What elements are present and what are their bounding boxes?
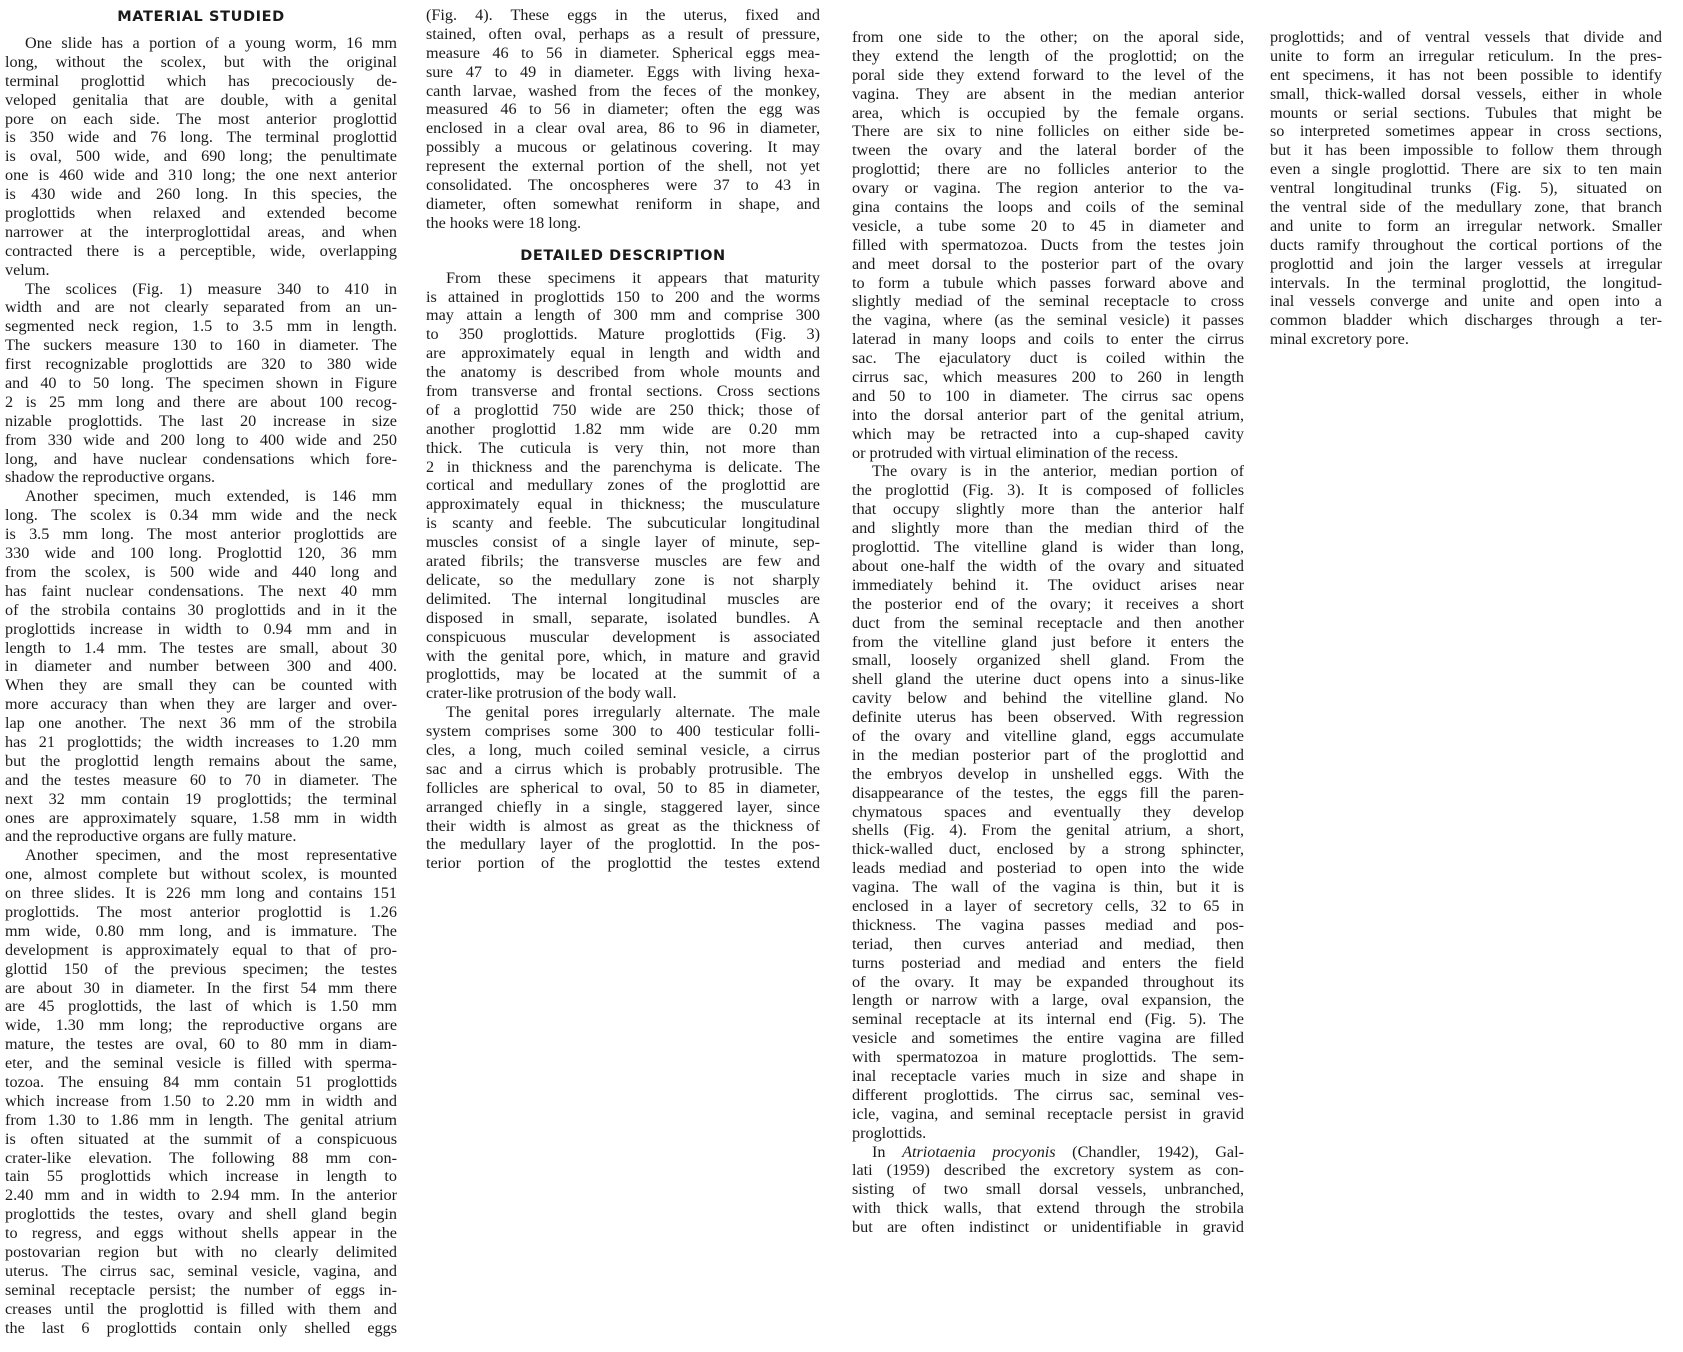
text-line: vesicle and sometimes the entire vagina … — [852, 1029, 1244, 1048]
text-line: width and are not clearly separated from… — [5, 298, 397, 317]
text-line: vagina. The wall of the vagina is thin, … — [852, 878, 1244, 897]
text-line: and the testes measure 60 to 70 in diame… — [5, 771, 397, 790]
text-line: and the reproductive organs are fully ma… — [5, 827, 397, 846]
text-line: segmented neck region, 1.5 to 3.5 mm in … — [5, 317, 397, 336]
text-line: ones are approximately square, 1.58 mm i… — [5, 809, 397, 828]
text-line: lati (1959) described the excretory syst… — [852, 1161, 1244, 1180]
text-line: small, thick-walled dorsal vessels, eith… — [1270, 85, 1662, 104]
text-line: The genital pores irregularly alternate.… — [426, 703, 820, 722]
text-span: (Chandler, 1942), Gal- — [1056, 1143, 1244, 1161]
text-line: area, which is occupied by the female or… — [852, 104, 1244, 123]
text-line: is 430 wide and 260 long. In this specie… — [5, 185, 397, 204]
text-line: with spermatozoa in mature proglottids. … — [852, 1048, 1244, 1067]
text-line: more accuracy than when they are larger … — [5, 695, 397, 714]
text-line: is 3.5 mm long. The most anterior proglo… — [5, 525, 397, 544]
text-line: shell gland the uterine duct opens into … — [852, 670, 1244, 689]
text-line: disappearance of the testes, the eggs fi… — [852, 784, 1244, 803]
text-line: leads mediad and posteriad to open into … — [852, 859, 1244, 878]
text-line: is often situated at the summit of a con… — [5, 1130, 397, 1149]
text-line: (Fig. 4). These eggs in the uterus, fixe… — [426, 6, 820, 25]
column-2: (Fig. 4). These eggs in the uterus, fixe… — [426, 6, 820, 873]
text-line: stained, often oval, perhaps as a result… — [426, 25, 820, 44]
text-line: next 32 mm contain 19 proglottids; the t… — [5, 790, 397, 809]
text-line: are approximately equal in length and wi… — [426, 344, 820, 363]
text-line: approximately equal in thickness; the mu… — [426, 495, 820, 514]
text-line: vagina. They are absent in the median an… — [852, 85, 1244, 104]
text-line: with the genital pore, which, in mature … — [426, 647, 820, 666]
text-line: and 50 to 100 in diameter. The cirrus sa… — [852, 387, 1244, 406]
text-line: from 330 wide and 200 long to 400 wide a… — [5, 431, 397, 450]
text-line: filled with spermatozoa. Ducts from the … — [852, 236, 1244, 255]
text-line: conspicuous muscular development is asso… — [426, 628, 820, 647]
text-line: turns posteriad and mediad and enters th… — [852, 954, 1244, 973]
text-line: the vagina, where (as the seminal vesicl… — [852, 311, 1244, 330]
text-line: uterus. The cirrus sac, seminal vesicle,… — [5, 1262, 397, 1281]
text-line: ovary or vagina. The region anterior to … — [852, 179, 1244, 198]
text-line: crater-like protrusion of the body wall. — [426, 684, 820, 703]
text-line: lap one another. The next 36 mm of the s… — [5, 714, 397, 733]
text-line: cirrus sac, which measures 200 to 260 in… — [852, 368, 1244, 387]
text-line: The scolices (Fig. 1) measure 340 to 410… — [5, 280, 397, 299]
text-line: One slide has a portion of a young worm,… — [5, 34, 397, 53]
paragraph: Another specimen, and the most represent… — [5, 846, 397, 1337]
paragraph: Another specimen, much extended, is 146 … — [5, 487, 397, 846]
text-line: mm wide, 0.80 mm long, and is immature. … — [5, 922, 397, 941]
text-line: one is 460 wide and 310 long; the one ne… — [5, 166, 397, 185]
text-line: 2 in thickness and the parenchyma is del… — [426, 458, 820, 477]
text-line: sisting of two small dorsal vessels, unb… — [852, 1180, 1244, 1199]
text-line: from transverse and frontal sections. Cr… — [426, 382, 820, 401]
text-line: measured 46 to 56 in diameter; often the… — [426, 100, 820, 119]
text-line: ent specimens, it has not been possible … — [1270, 66, 1662, 85]
text-line: duct from the seminal receptacle and the… — [852, 614, 1244, 633]
text-line: 2.40 mm and in width to 2.94 mm. In the … — [5, 1186, 397, 1205]
text-line: inal receptacle varies much in size and … — [852, 1067, 1244, 1086]
text-line: The suckers measure 130 to 160 in diamet… — [5, 336, 397, 355]
text-line: thick-walled duct, enclosed by a strong … — [852, 840, 1244, 859]
text-line: the ventral side of the medullary zone, … — [1270, 198, 1662, 217]
text-line: and unite to form an irregular network. … — [1270, 217, 1662, 236]
text-line: and slightly more than the median third … — [852, 519, 1244, 538]
text-line: is attained in proglottids 150 to 200 an… — [426, 288, 820, 307]
text-line: In Atriotaenia procyonis (Chandler, 1942… — [852, 1143, 1244, 1162]
text-line: long, without the scolex, but with the o… — [5, 53, 397, 72]
text-line: from 1.30 to 1.86 mm in length. The geni… — [5, 1111, 397, 1130]
paragraph: proglottids; and of ventral vessels that… — [1270, 28, 1662, 349]
text-line: with thick walls, that extend through th… — [852, 1199, 1244, 1218]
text-line: the embryos develop in unshelled eggs. W… — [852, 765, 1244, 784]
text-line: seminal receptacle persist; the number o… — [5, 1281, 397, 1300]
text-line: one, almost complete but without scolex,… — [5, 865, 397, 884]
text-line: length to 1.4 mm. The testes are small, … — [5, 639, 397, 658]
text-span: In — [872, 1143, 902, 1161]
text-line: from the vitelline gland just before it … — [852, 633, 1244, 652]
text-line: in diameter and number between 300 and 4… — [5, 657, 397, 676]
text-line: proglottid. The vitelline gland is wider… — [852, 538, 1244, 557]
text-line: to 350 proglottids. Mature proglottids (… — [426, 325, 820, 344]
text-line: When they are small they can be counted … — [5, 676, 397, 695]
text-line: small, loosely organized shell gland. Fr… — [852, 651, 1244, 670]
text-line: from the scolex, is 500 wide and 440 lon… — [5, 563, 397, 582]
text-line: has 21 proglottids; the width increases … — [5, 733, 397, 752]
text-line: inal vessels converge and unite and open… — [1270, 292, 1662, 311]
text-line: and 40 to 50 long. The specimen shown in… — [5, 374, 397, 393]
paragraph: From these specimens it appears that mat… — [426, 269, 820, 703]
text-line: minal excretory pore. — [1270, 330, 1662, 349]
text-line: creases until the proglottid is filled w… — [5, 1300, 397, 1319]
text-line: the posterior end of the ovary; it recei… — [852, 595, 1244, 614]
text-line: proglottids. The most anterior proglotti… — [5, 903, 397, 922]
paragraph: from one side to the other; on the apora… — [852, 28, 1244, 462]
text-line: another proglottid 1.82 mm wide are 0.20… — [426, 420, 820, 439]
text-line: from one side to the other; on the apora… — [852, 28, 1244, 47]
text-line: contracted there is a perceptible, wide,… — [5, 242, 397, 261]
text-line: mounts or serial sections. Tubules that … — [1270, 104, 1662, 123]
species-name: Atriotaenia procyonis — [902, 1143, 1056, 1161]
text-line: are 45 proglottids, the last of which is… — [5, 997, 397, 1016]
text-line: to regress, and eggs without shells appe… — [5, 1224, 397, 1243]
text-line: muscles consist of a single layer of min… — [426, 533, 820, 552]
text-line: shadow the reproductive organs. — [5, 468, 397, 487]
text-line: velum. — [5, 261, 397, 280]
text-line: disposed in small, separate, isolated bu… — [426, 609, 820, 628]
text-line: the last 6 proglottids contain only shel… — [5, 1319, 397, 1338]
text-line: terior portion of the proglottid the tes… — [426, 854, 820, 873]
text-line: proglottids. — [852, 1124, 1244, 1143]
text-line: pore on each side. The most anterior pro… — [5, 110, 397, 129]
text-line: thickness. The vagina passes mediad and … — [852, 916, 1244, 935]
text-line: delicate, so the medullary zone is not s… — [426, 571, 820, 590]
text-line: immediately behind it. The oviduct arise… — [852, 576, 1244, 595]
text-line: 330 wide and 100 long. Proglottid 120, 3… — [5, 544, 397, 563]
text-line: of a proglottid 750 wide are 250 thick; … — [426, 401, 820, 420]
text-line: to form a tubule which passes forward ab… — [852, 274, 1244, 293]
text-line: laterad in many loops and coils to enter… — [852, 330, 1244, 349]
text-line: veloped genitalia that are double, with … — [5, 91, 397, 110]
text-line: development is approximately equal to th… — [5, 941, 397, 960]
text-line: the proglottid (Fig. 3). It is composed … — [852, 481, 1244, 500]
paragraph-atriotaenia: In Atriotaenia procyonis (Chandler, 1942… — [852, 1143, 1244, 1237]
text-line: teriad, then curves anteriad and mediad,… — [852, 935, 1244, 954]
text-line: postovarian region but with no clearly d… — [5, 1243, 397, 1262]
text-line: tozoa. The ensuing 84 mm contain 51 prog… — [5, 1073, 397, 1092]
text-line: is scanty and feeble. The subcuticular l… — [426, 514, 820, 533]
text-line: different proglottids. The cirrus sac, s… — [852, 1086, 1244, 1105]
text-line: intervals. In the terminal proglottid, t… — [1270, 274, 1662, 293]
text-line: proglottid; there are no follicles anter… — [852, 160, 1244, 179]
text-line: into the dorsal anterior part of the gen… — [852, 406, 1244, 425]
text-line: crater-like elevation. The following 88 … — [5, 1149, 397, 1168]
text-line: represent the external portion of the sh… — [426, 157, 820, 176]
text-line: the hooks were 18 long. — [426, 214, 820, 233]
text-line: tween the ovary and the lateral border o… — [852, 141, 1244, 160]
text-line: so interpreted sometimes appear in cross… — [1270, 122, 1662, 141]
text-line: chymatous spaces and eventually they dev… — [852, 803, 1244, 822]
text-line: consolidated. The oncospheres were 37 to… — [426, 176, 820, 195]
text-line: long. The scolex is 0.34 mm wide and the… — [5, 506, 397, 525]
text-line: 2 is 25 mm long and there are about 100 … — [5, 393, 397, 412]
text-line: but the proglottid length remains about … — [5, 752, 397, 771]
text-line: cavity below and behind the vitelline gl… — [852, 689, 1244, 708]
text-line: mature, the testes are oval, 60 to 80 mm… — [5, 1035, 397, 1054]
paragraph: The scolices (Fig. 1) measure 340 to 410… — [5, 280, 397, 488]
text-line: icle, vagina, and seminal receptacle per… — [852, 1105, 1244, 1124]
text-line: ventral longitudinal trunks (Fig. 5), si… — [1270, 179, 1662, 198]
text-line: definite uterus has been observed. With … — [852, 708, 1244, 727]
text-line: may attain a length of 300 mm and compri… — [426, 306, 820, 325]
text-line: or protruded with virtual elimination of… — [852, 444, 1244, 463]
text-line: ducts ramify throughout the cortical por… — [1270, 236, 1662, 255]
text-line: unite to form an irregular reticulum. In… — [1270, 47, 1662, 66]
text-line: canth larvae, washed from the feces of t… — [426, 82, 820, 101]
text-line: proglottids, may be located at the summi… — [426, 665, 820, 684]
text-line: length or narrow with a large, oval expa… — [852, 991, 1244, 1010]
text-line: system comprises some 300 to 400 testicu… — [426, 722, 820, 741]
text-line: The ovary is in the anterior, median por… — [852, 462, 1244, 481]
text-line: of the ovary and vitelline gland, eggs a… — [852, 727, 1244, 746]
text-line: has faint nuclear condensations. The nex… — [5, 582, 397, 601]
text-line: delimited. The internal longitudinal mus… — [426, 590, 820, 609]
text-line: is 350 wide and 76 long. The terminal pr… — [5, 128, 397, 147]
text-line: sac. The ejaculatory duct is coiled with… — [852, 349, 1244, 368]
column-3: from one side to the other; on the apora… — [852, 6, 1244, 1237]
text-line: the anatomy is described from whole moun… — [426, 363, 820, 382]
text-line: possibly a mucous or gelatinous covering… — [426, 138, 820, 157]
text-line: From these specimens it appears that mat… — [426, 269, 820, 288]
text-line: enclosed in a layer of secretory cells, … — [852, 897, 1244, 916]
text-line: proglottid and join the larger vessels a… — [1270, 255, 1662, 274]
text-line: terminal proglottid which has precocious… — [5, 72, 397, 91]
text-line: measure 46 to 56 in diameter. Spherical … — [426, 44, 820, 63]
text-line: cles, a long, much coiled seminal vesicl… — [426, 741, 820, 760]
text-line: narrower at the interproglottidal areas,… — [5, 223, 397, 242]
column-1: MATERIAL STUDIED One slide has a portion… — [5, 6, 397, 1337]
text-line: thick. The cuticula is very thin, not mo… — [426, 439, 820, 458]
text-line: Another specimen, much extended, is 146 … — [5, 487, 397, 506]
text-line: nizable proglottids. The last 20 increas… — [5, 412, 397, 431]
text-line: of the strobila contains 30 proglottids … — [5, 601, 397, 620]
text-line: proglottids; and of ventral vessels that… — [1270, 28, 1662, 47]
text-line: There are six to nine follicles on eithe… — [852, 122, 1244, 141]
text-line: first recognizable proglottids are 320 t… — [5, 355, 397, 374]
text-line: of the ovary. It may be expanded through… — [852, 973, 1244, 992]
text-line: that occupy slightly more than the anter… — [852, 500, 1244, 519]
text-line: tain 55 proglottids which increase in le… — [5, 1167, 397, 1186]
text-line: is oval, 500 wide, and 690 long; the pen… — [5, 147, 397, 166]
text-line: long, and have nuclear condensations whi… — [5, 450, 397, 469]
text-line: arranged chiefly in a single, staggered … — [426, 798, 820, 817]
text-line: poral side they extend forward to the le… — [852, 66, 1244, 85]
text-line: even a single proglottid. There are six … — [1270, 160, 1662, 179]
text-line: which may be retracted into a cup-shaped… — [852, 425, 1244, 444]
text-line: proglottids the testes, ovary and shell … — [5, 1205, 397, 1224]
text-line: slightly mediad of the seminal receptacl… — [852, 292, 1244, 311]
text-line: about one-half the width of the ovary an… — [852, 557, 1244, 576]
paragraph: The genital pores irregularly alternate.… — [426, 703, 820, 873]
text-line: which increase from 1.50 to 2.20 mm in w… — [5, 1092, 397, 1111]
column-4: proglottids; and of ventral vessels that… — [1270, 6, 1662, 349]
text-line: the medullary layer of the proglottid. I… — [426, 835, 820, 854]
text-line: glottid 150 of the previous specimen; th… — [5, 960, 397, 979]
text-line: but it has been impossible to follow the… — [1270, 141, 1662, 160]
text-line: proglottids increase in width to 0.94 mm… — [5, 620, 397, 639]
text-line: enclosed in a clear oval area, 86 to 96 … — [426, 119, 820, 138]
text-line: but are often indistinct or unidentifiab… — [852, 1218, 1244, 1237]
text-line: wide, 1.30 mm long; the reproductive org… — [5, 1016, 397, 1035]
paragraph: One slide has a portion of a young worm,… — [5, 34, 397, 280]
text-line: follicles are spherical to oval, 50 to 8… — [426, 779, 820, 798]
text-line: seminal receptacle at its internal end (… — [852, 1010, 1244, 1029]
text-line: sac and a cirrus which is probably protr… — [426, 760, 820, 779]
text-line: vesicle, a tube some 20 to 45 in diamete… — [852, 217, 1244, 236]
text-line: they extend the length of the proglottid… — [852, 47, 1244, 66]
text-line: cortical and medullary zones of the prog… — [426, 476, 820, 495]
text-line: Another specimen, and the most represent… — [5, 846, 397, 865]
text-line: proglottids when relaxed and extended be… — [5, 204, 397, 223]
text-line: on three slides. It is 226 mm long and c… — [5, 884, 397, 903]
text-line: their width is almost as great as the th… — [426, 817, 820, 836]
text-line: eter, and the seminal vesicle is filled … — [5, 1054, 397, 1073]
text-line: diameter, often somewhat reniform in sha… — [426, 195, 820, 214]
text-line: in the median posterior part of the prog… — [852, 746, 1244, 765]
text-line: and meet dorsal to the posterior part of… — [852, 255, 1244, 274]
section-heading-detailed-description: DETAILED DESCRIPTION — [426, 245, 820, 267]
paragraph: The ovary is in the anterior, median por… — [852, 462, 1244, 1142]
text-line: arated fibrils; the transverse muscles a… — [426, 552, 820, 571]
text-line: shells (Fig. 4). From the genital atrium… — [852, 821, 1244, 840]
paragraph: (Fig. 4). These eggs in the uterus, fixe… — [426, 6, 820, 233]
section-heading-material-studied: MATERIAL STUDIED — [5, 6, 397, 28]
text-line: gina contains the loops and coils of the… — [852, 198, 1244, 217]
text-line: common bladder which discharges through … — [1270, 311, 1662, 330]
text-line: are about 30 in diameter. In the first 5… — [5, 979, 397, 998]
text-line: sure 47 to 49 in diameter. Eggs with liv… — [426, 63, 820, 82]
